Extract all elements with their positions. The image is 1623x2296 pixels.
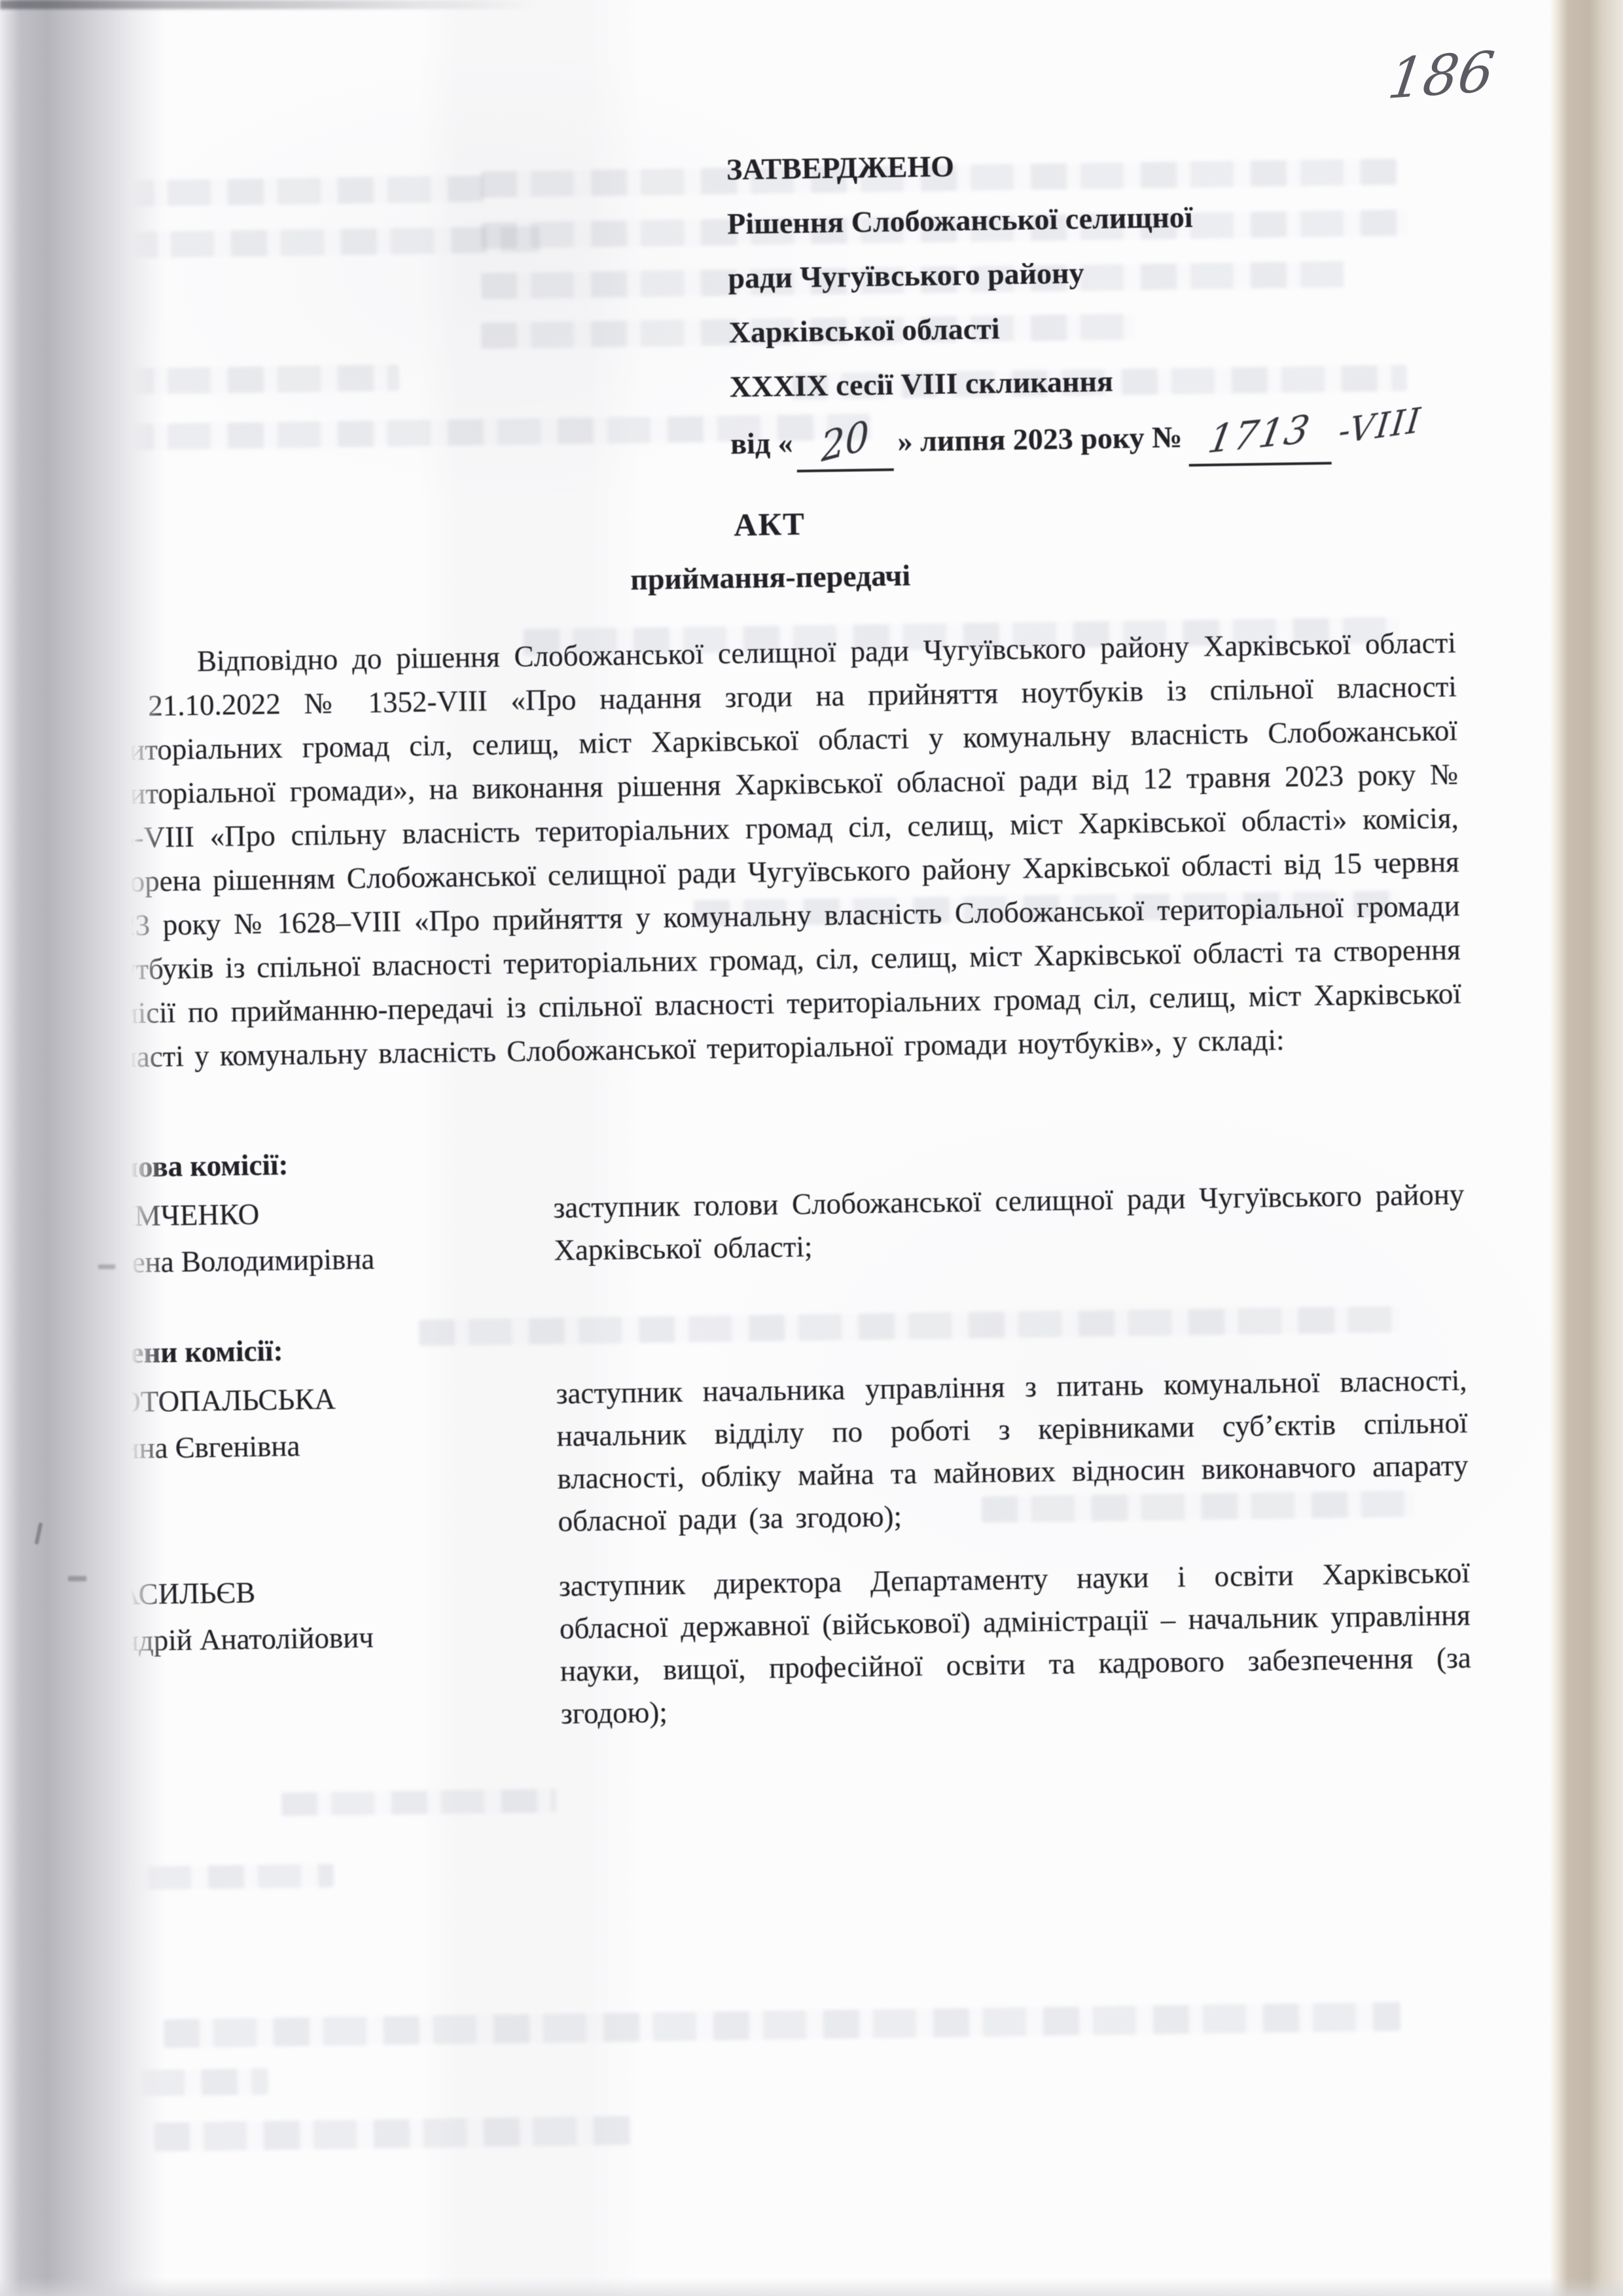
commission-head-role: заступник голови Слобожанської селищної … — [553, 1174, 1465, 1280]
scan-artifact — [98, 1265, 115, 1269]
scan-artifact — [68, 1576, 86, 1581]
document-subtitle: приймання-передачі — [86, 550, 1455, 605]
commission-member-role: заступник начальника управління з питань… — [556, 1359, 1469, 1543]
document-title: АКТ — [85, 495, 1455, 553]
surname: ПОТОПАЛЬСЬКА — [98, 1372, 556, 1426]
date-prefix: від « — [730, 426, 793, 460]
surname: ТИМЧЕНКО — [95, 1187, 554, 1240]
document-content: ЗАТВЕРДЖЕНО Рішення Слобожанської селищн… — [77, 0, 1472, 1742]
date-number-underline: 1713 — [1188, 405, 1332, 467]
given-name: Андрій Анатолійович — [101, 1611, 560, 1664]
commission-head-name: ТИМЧЕНКО Олена Володимирівна — [95, 1187, 554, 1286]
date-middle: » липня 2023 року № — [897, 420, 1183, 457]
commission-member-role: заступник директора Департаменту науки і… — [559, 1552, 1472, 1736]
commission-member-row: ПОТОПАЛЬСЬКА Ірина Євгенівна заступник н… — [98, 1359, 1469, 1550]
handwritten-number-suffix: -VIII — [1336, 393, 1425, 461]
date-day-underline: 20 — [796, 412, 894, 473]
bleedthrough-artifact — [164, 2002, 1400, 2048]
commission-member-row: ВАСИЛЬЄВ Андрій Анатолійович заступник д… — [101, 1552, 1472, 1742]
scanned-document-page: 186 ЗАТВЕРДЖЕНО Рішення Слобожанської се… — [0, 0, 1623, 2296]
handwritten-day: 20 — [821, 408, 870, 476]
scan-bottom-shadow — [0, 2278, 1623, 2296]
given-name: Олена Володимирівна — [96, 1233, 554, 1286]
approval-block: ЗАТВЕРДЖЕНО Рішення Слобожанської селищн… — [726, 132, 1453, 473]
handwritten-number: 1713 — [1204, 401, 1315, 467]
approval-date-line: від «20» липня 2023 року №1713-VIII — [730, 403, 1453, 473]
bleedthrough-artifact — [154, 2116, 632, 2151]
given-name: Ірина Євгенівна — [98, 1419, 557, 1472]
commission-member-name: ПОТОПАЛЬСЬКА Ірина Євгенівна — [98, 1372, 558, 1549]
bleedthrough-artifact — [92, 2068, 269, 2097]
commission-member-name: ВАСИЛЬЄВ Андрій Анатолійович — [101, 1565, 562, 1742]
book-edge-strip — [1550, 0, 1623, 2296]
surname: ВАСИЛЬЄВ — [101, 1565, 560, 1618]
scan-artifact — [35, 1522, 43, 1545]
handwritten-page-number: 186 — [1384, 39, 1498, 111]
bleedthrough-artifact — [281, 1789, 556, 1816]
bleedthrough-artifact — [98, 1863, 334, 1890]
commission-head-row: ТИМЧЕНКО Олена Володимирівна заступник г… — [95, 1174, 1465, 1287]
body-paragraph: Відповідно до рішення Слобожанської сели… — [87, 621, 1463, 1080]
